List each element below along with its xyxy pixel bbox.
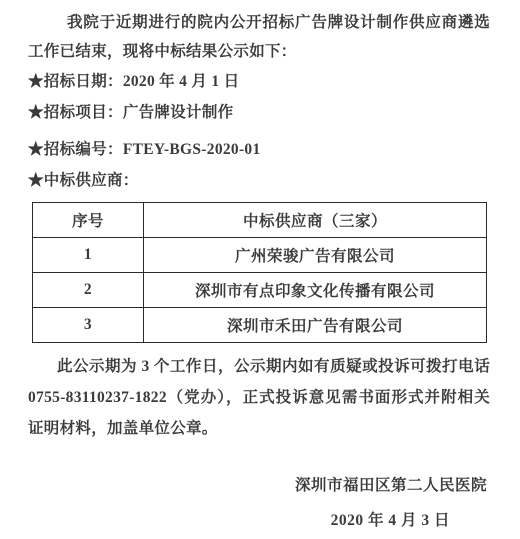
closing-paragraph: 此公示期为 3 个工作日，公示期内如有质疑或投诉可拨打电话0755-831102… [28, 351, 490, 444]
signature-organization: 深圳市福田区第二人民医院 [28, 470, 490, 501]
bid-result-announcement: 我院于近期进行的院内公开招标广告牌设计制作供应商遴选工作已结束，现将中标结果公示… [0, 0, 520, 539]
bid-date-value: 2020 年 4 月 1 日 [123, 73, 240, 90]
row-index: 3 [33, 308, 144, 343]
table-row: 2 深圳市有点印象文化传播有限公司 [33, 273, 487, 308]
signature-date: 2020 年 4 月 3 日 [28, 505, 490, 536]
intro-paragraph: 我院于近期进行的院内公开招标广告牌设计制作供应商遴选工作已结束，现将中标结果公示… [28, 8, 490, 66]
table-row: 3 深圳市禾田广告有限公司 [33, 308, 487, 343]
row-supplier: 深圳市有点印象文化传播有限公司 [144, 273, 487, 308]
winning-suppliers-line: ★中标供应商： [28, 165, 490, 196]
row-index: 1 [33, 238, 144, 273]
row-supplier: 广州荣骏广告有限公司 [144, 238, 487, 273]
signature-block: 深圳市福田区第二人民医院 2020 年 4 月 3 日 [28, 470, 490, 536]
bid-number-line: ★招标编号：FTEY-BGS-2020-01 [28, 134, 490, 165]
bid-number-label: ★招标编号： [28, 141, 123, 158]
winning-suppliers-label: ★中标供应商： [28, 172, 139, 189]
bid-date-line: ★招标日期：2020 年 4 月 1 日 [28, 66, 490, 97]
winners-table: 序号 中标供应商（三家） 1 广州荣骏广告有限公司 2 深圳市有点印象文化传播有… [32, 202, 487, 343]
bid-number-value: FTEY-BGS-2020-01 [123, 141, 261, 158]
table-row: 1 广州荣骏广告有限公司 [33, 238, 487, 273]
bid-project-value: 广告牌设计制作 [123, 104, 234, 121]
row-index: 2 [33, 273, 144, 308]
table-header-row: 序号 中标供应商（三家） [33, 203, 487, 238]
header-cell-index: 序号 [33, 203, 144, 238]
row-supplier: 深圳市禾田广告有限公司 [144, 308, 487, 343]
bid-project-line: ★招标项目：广告牌设计制作 [28, 97, 490, 128]
header-cell-supplier: 中标供应商（三家） [144, 203, 487, 238]
bid-project-label: ★招标项目： [28, 104, 123, 121]
bid-date-label: ★招标日期： [28, 73, 123, 90]
